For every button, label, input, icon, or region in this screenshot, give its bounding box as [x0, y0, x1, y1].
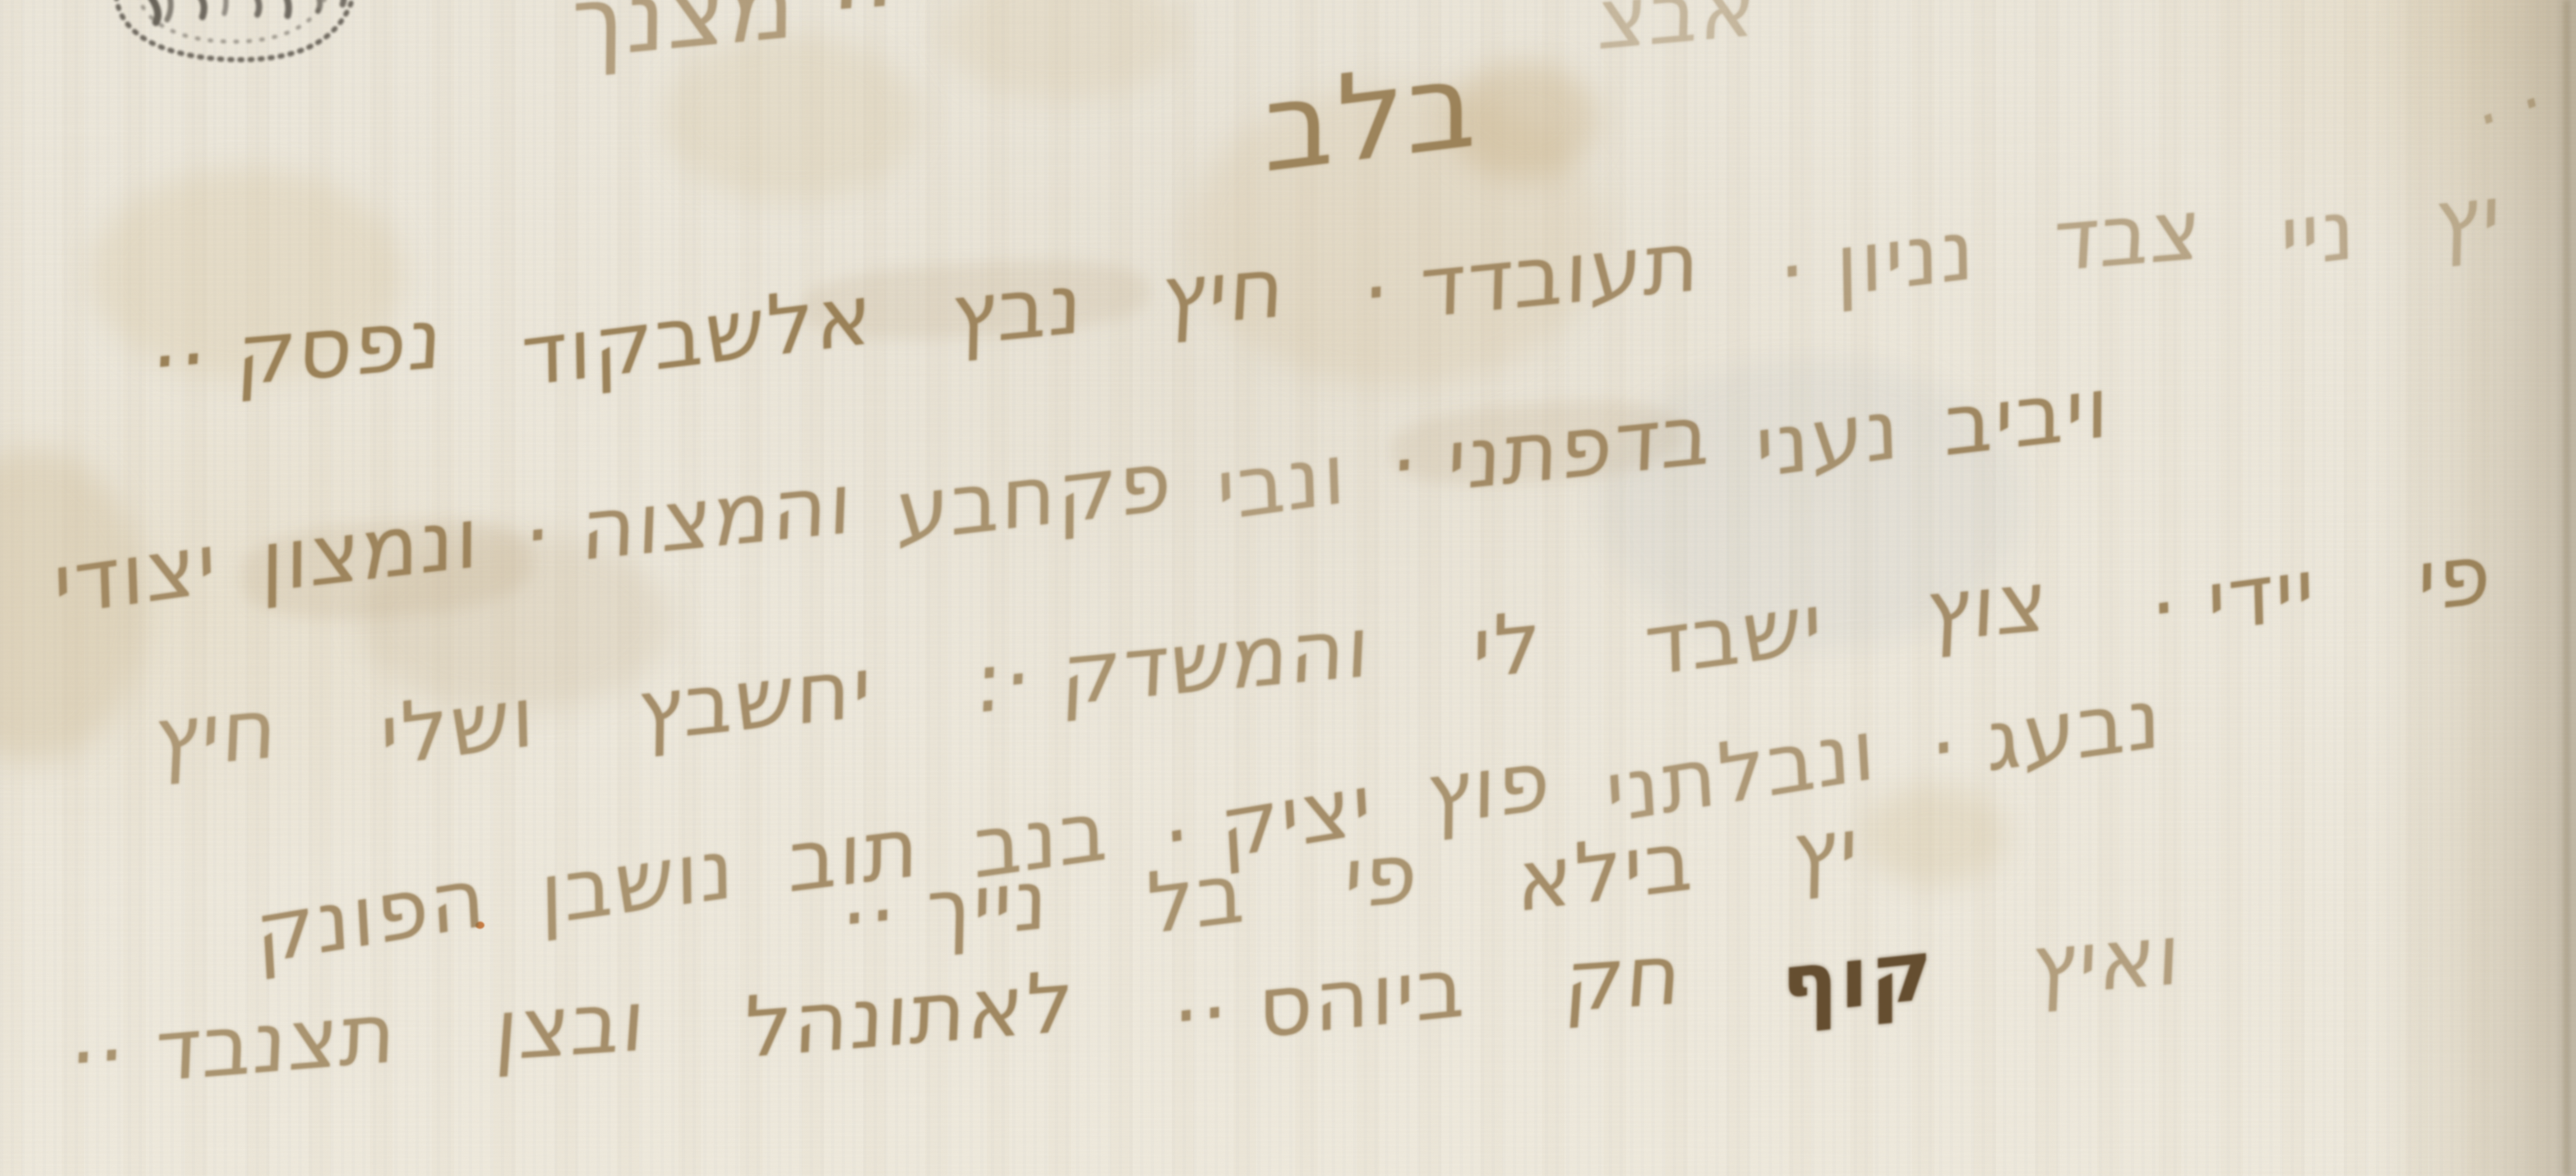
word: צוץ: [1923, 547, 2051, 668]
word: נניון ·: [1778, 195, 1977, 328]
word: בל: [1146, 838, 1248, 960]
top-cut-fragment-right: · ·: [2465, 59, 2557, 164]
word: חיץ: [1158, 233, 1289, 353]
word: קוף: [1781, 915, 1933, 1040]
word: בילא: [1516, 806, 1696, 938]
word: ביוהס ··: [1173, 932, 1467, 1072]
top-cut-fragment-left: ··מצנך: [570, 0, 899, 76]
word: פי: [2417, 520, 2493, 637]
word: ויביב: [1944, 353, 2111, 481]
word: נפסק ··: [149, 284, 447, 418]
word: נבעג ·: [1929, 663, 2163, 805]
word: ונמצון: [261, 483, 481, 618]
word: יץ: [1791, 793, 1861, 910]
heading-word: בלב: [1258, 29, 1486, 203]
word: · ·: [2469, 57, 2553, 166]
word: בלב: [1264, 24, 1479, 207]
word: יצודי: [52, 509, 220, 641]
stamp-icon: [84, 0, 398, 89]
word: יץ: [2433, 161, 2503, 277]
top-cut-fragment-middle: אבצ: [1595, 0, 1761, 72]
word: ואיץ: [2029, 900, 2184, 1022]
page-edge-line: [2564, 0, 2569, 1176]
word: אבצ: [1596, 0, 1760, 75]
word: אלשבקוד: [520, 260, 874, 412]
word: צבד: [2050, 175, 2205, 297]
word: לי: [1471, 587, 1543, 705]
manuscript-page: בלב ··מצנך אבצ · · יץנייצבדנניון ·תעובדד…: [0, 0, 2576, 1176]
word: לאתונהל: [742, 947, 1077, 1084]
word: בדפתני ·: [1389, 379, 1714, 522]
word: ונבי: [1215, 419, 1349, 547]
word: פי: [1341, 818, 1421, 935]
word: ישבד: [1643, 569, 1825, 702]
text-line: יץנייצבדנניון ·תעובדד ·חיץנבץאלשבקודנפסק…: [148, 162, 2505, 419]
word: ובצן: [491, 966, 650, 1086]
word: נבץ: [949, 249, 1084, 372]
word: והמשדק ·:: [972, 592, 1374, 739]
word: ניי: [2279, 175, 2357, 293]
word: נושבן: [539, 814, 736, 951]
word: יחשבץ: [636, 632, 874, 767]
word: תעובדד ·: [1361, 206, 1702, 349]
word: מצנך: [571, 0, 797, 88]
word: נעני: [1754, 374, 1903, 503]
word: חק: [1561, 920, 1687, 1038]
word: פקחבע: [896, 426, 1173, 568]
word: תצנבד ··: [67, 978, 399, 1114]
word: חיץ: [152, 673, 281, 795]
paper-stain: [942, 0, 1183, 101]
word: יידי ·: [2149, 534, 2317, 665]
word: ושלי: [378, 662, 537, 791]
word: ··: [827, 0, 901, 68]
word: הפונק: [252, 842, 490, 989]
word: והמצוה ·: [522, 448, 855, 592]
